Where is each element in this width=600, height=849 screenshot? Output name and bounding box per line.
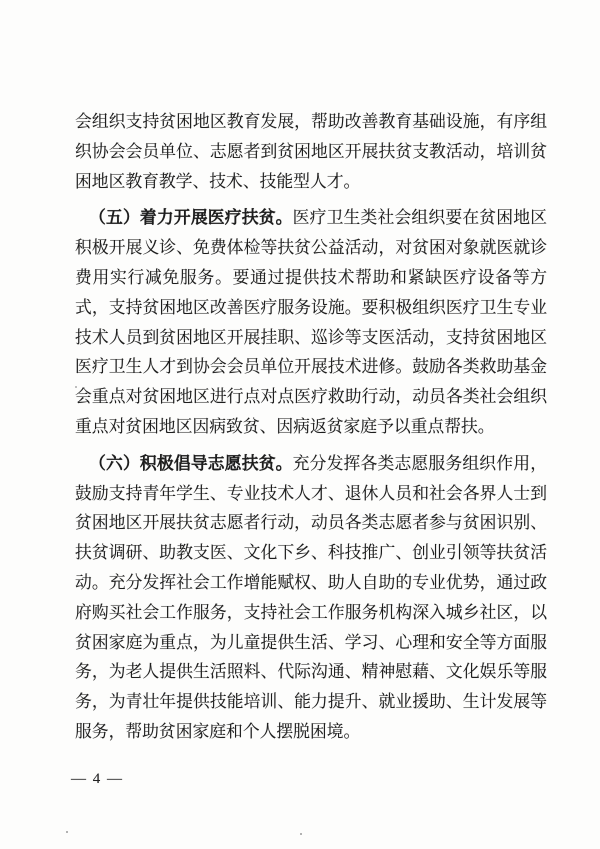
scan-speck — [66, 831, 68, 833]
paragraph-text: 会组织支持贫困地区教育发展，帮助改善教育基础设施，有序组织协会会员单位、志愿者到… — [75, 112, 547, 191]
paragraph-section-5: （五）着力开展医疗扶贫。医疗卫生类社会组织要在贫困地区积极开展义诊、免费体检等扶… — [75, 203, 547, 441]
paragraph-text: 充分发挥各类志愿服务组织作用，鼓励支持青年学生、专业技术人才、退休人员和社会各界… — [75, 454, 547, 741]
paragraph-continuation: 会组织支持贫困地区教育发展，帮助改善教育基础设施，有序组织协会会员单位、志愿者到… — [75, 107, 547, 196]
paragraph-text: 医疗卫生类社会组织要在贫困地区积极开展义诊、免费体检等扶贫公益活动，对贫困对象就… — [75, 208, 547, 436]
page-number: — 4 — — [71, 771, 124, 788]
scan-speck — [75, 386, 77, 388]
scan-speck — [300, 833, 302, 835]
document-page: 会组织支持贫困地区教育发展，帮助改善教育基础设施，有序组织协会会员单位、志愿者到… — [0, 0, 600, 849]
section-5-heading: （五）着力开展医疗扶贫。 — [89, 208, 293, 227]
document-body: 会组织支持贫困地区教育发展，帮助改善教育基础设施，有序组织协会会员单位、志愿者到… — [75, 107, 547, 747]
section-6-heading: （六）积极倡导志愿扶贫。 — [89, 454, 293, 473]
paragraph-section-6: （六）积极倡导志愿扶贫。充分发挥各类志愿服务组织作用，鼓励支持青年学生、专业技术… — [75, 449, 547, 747]
